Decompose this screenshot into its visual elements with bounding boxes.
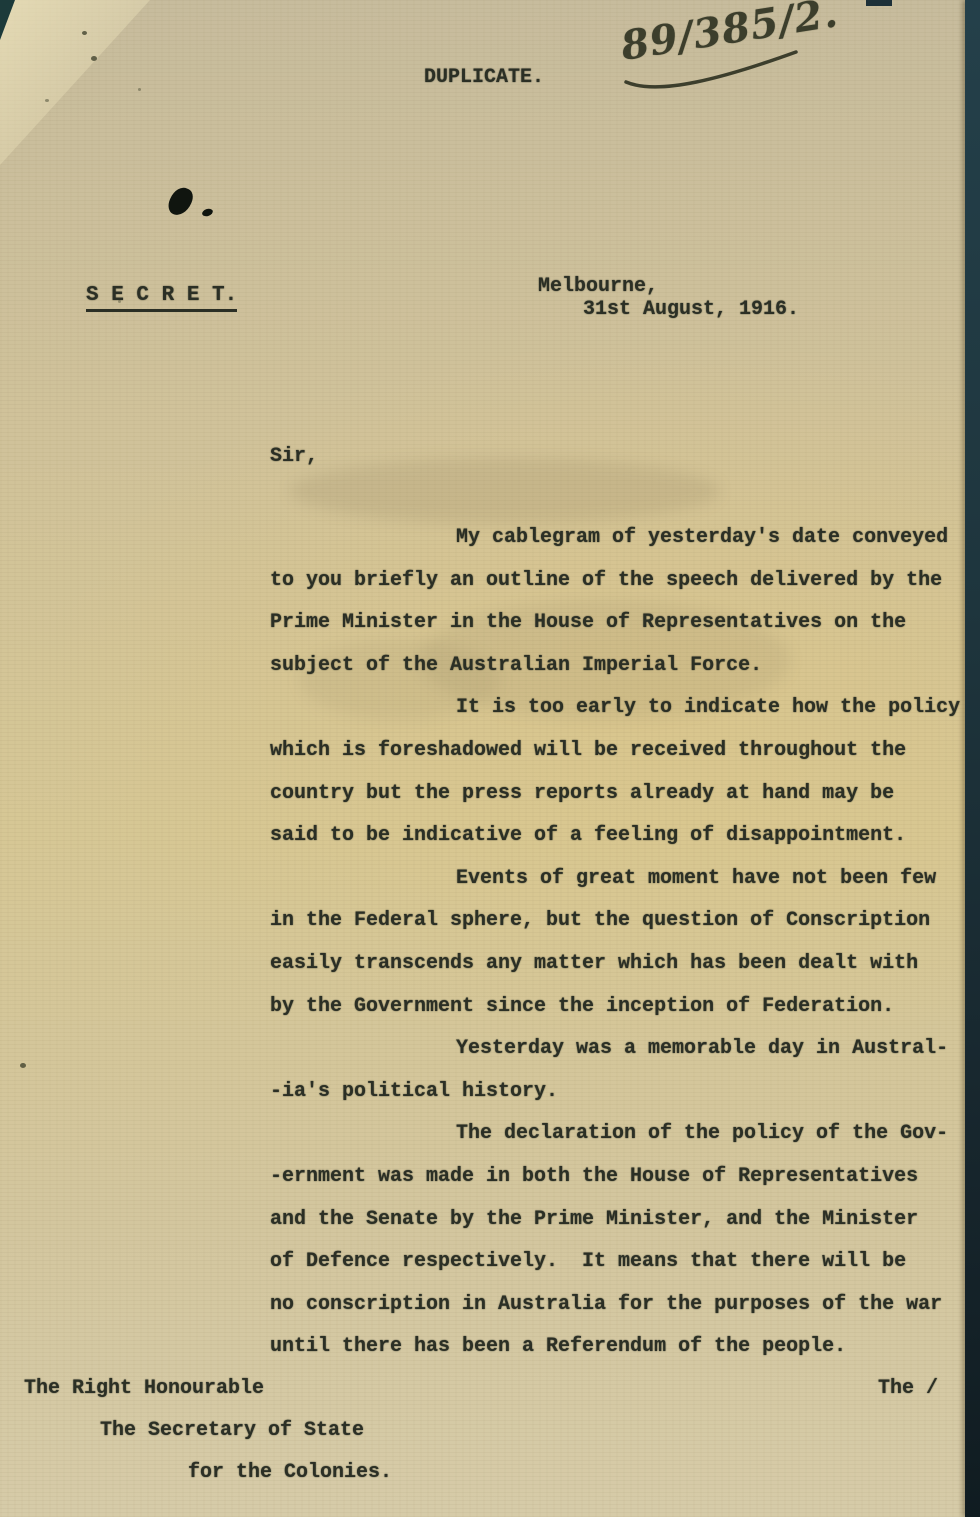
addressee-line-3: for the Colonies. xyxy=(188,1461,392,1484)
paper-speck xyxy=(91,56,97,61)
letter-line: easily transcends any matter which has b… xyxy=(270,943,976,986)
letter-line: until there has been a Referendum of the… xyxy=(270,1326,976,1369)
salutation: Sir, xyxy=(270,445,318,468)
addressee-line-2: The Secretary of State xyxy=(100,1419,364,1442)
letter-body: My cablegram of yesterday's date conveye… xyxy=(270,517,976,1369)
letter-line: to you briefly an outline of the speech … xyxy=(270,560,976,603)
paper-speck xyxy=(82,31,87,35)
classification-label: S E C R E T. xyxy=(86,284,237,312)
catchword: The / xyxy=(878,1377,938,1400)
handwritten-underline xyxy=(614,38,814,98)
paper-speck xyxy=(20,1063,26,1068)
paper-speck xyxy=(45,99,49,102)
letter-line: subject of the Australian Imperial Force… xyxy=(270,645,976,688)
letter-line: -ernment was made in both the House of R… xyxy=(270,1156,976,1199)
letter-line: and the Senate by the Prime Minister, an… xyxy=(270,1199,976,1242)
addressee-line-1: The Right Honourable xyxy=(24,1377,264,1400)
letter-line: by the Government since the inception of… xyxy=(270,986,976,1029)
letter-line: said to be indicative of a feeling of di… xyxy=(270,815,976,858)
date-line: 31st August, 1916. xyxy=(583,298,799,321)
letter-line: country but the press reports already at… xyxy=(270,773,976,816)
letter-line: It is too early to indicate how the poli… xyxy=(270,687,976,730)
letter-line: Events of great moment have not been few xyxy=(270,858,976,901)
ink-blot xyxy=(165,184,196,219)
letter-line: in the Federal sphere, but the question … xyxy=(270,900,976,943)
letter-line: Prime Minister in the House of Represent… xyxy=(270,602,976,645)
bleedthrough-smudge xyxy=(290,458,720,524)
duplicate-label: DUPLICATE. xyxy=(424,66,544,89)
letter-line: which is foreshadowed will be received t… xyxy=(270,730,976,773)
ink-blot xyxy=(201,207,214,217)
place-line: Melbourne, xyxy=(538,275,658,298)
letter-line: Yesterday was a memorable day in Austral… xyxy=(270,1028,976,1071)
document-page: DUPLICATE. 89/385/2. S E C R E T. Melbou… xyxy=(0,0,980,1517)
page-top-notch xyxy=(866,0,892,6)
torn-corner-highlight xyxy=(0,0,150,165)
letter-line: no conscription in Australia for the pur… xyxy=(270,1284,976,1327)
letter-line: My cablegram of yesterday's date conveye… xyxy=(270,517,976,560)
paper-speck xyxy=(138,88,141,91)
letter-line: of Defence respectively. It means that t… xyxy=(270,1241,976,1284)
letter-line: The declaration of the policy of the Gov… xyxy=(270,1113,976,1156)
letter-line: -ia's political history. xyxy=(270,1071,976,1114)
